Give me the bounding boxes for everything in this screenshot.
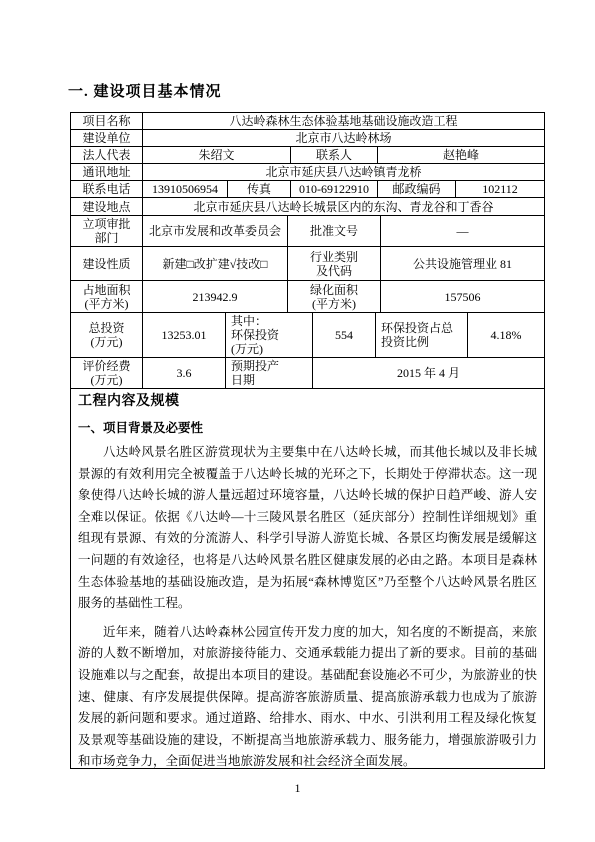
basic-info-table: 项目名称 八达岭森林生态体验基地基础设施改造工程 建设单位 北京市八达岭林场 法… bbox=[70, 112, 545, 769]
investment-value: 13253.01 bbox=[143, 313, 226, 357]
industry-value: 公共设施管理业 81 bbox=[381, 247, 544, 280]
table-row-eval-cost: 评价经费 (万元) 3.6 预期投产 日期 2015 年 4 月 bbox=[71, 358, 544, 389]
table-row-construction-unit: 建设单位 北京市八达岭林场 bbox=[71, 130, 544, 147]
construction-unit-label: 建设单位 bbox=[71, 130, 143, 146]
background-paragraph-2: 近年来，随着八达岭森林公园宣传开发力度的加大，知名度的不断提高，来旅游的人数不断… bbox=[78, 622, 537, 768]
content-section-title: 工程内容及规模 bbox=[78, 395, 537, 409]
production-date-value: 2015 年 4 月 bbox=[313, 358, 544, 388]
area-label: 占地面积 (平方米) bbox=[71, 281, 143, 312]
eval-cost-value: 3.6 bbox=[143, 358, 226, 388]
approval-doc-label: 批准文号 bbox=[288, 216, 381, 246]
table-row-approval: 立项审批 部门 北京市发展和改革委员会 批准文号 — bbox=[71, 216, 544, 247]
nature-label: 建设性质 bbox=[71, 247, 143, 280]
table-row-investment: 总投资 (万元) 13253.01 其中： 环保投资 (万元) 554 环保投资… bbox=[71, 313, 544, 358]
address-value: 北京市延庆县八达岭镇青龙桥 bbox=[143, 164, 544, 180]
approval-dept-label: 立项审批 部门 bbox=[71, 216, 143, 246]
table-row-site: 建设地点 北京市延庆县八达岭长城景区内的东沟、青龙谷和丁香谷 bbox=[71, 198, 544, 216]
approval-dept-value: 北京市发展和改革委员会 bbox=[143, 216, 288, 246]
industry-label: 行业类别 及代码 bbox=[288, 247, 381, 280]
green-area-label: 绿化面积 (平方米) bbox=[288, 281, 381, 312]
approval-doc-value: — bbox=[381, 216, 544, 246]
project-name-value: 八达岭森林生态体验基地基础设施改造工程 bbox=[143, 113, 544, 129]
production-date-label: 预期投产 日期 bbox=[226, 358, 313, 388]
table-row-content-section: 工程内容及规模 一、项目背景及必要性 八达岭风景名胜区游赏现状为主要集中在八达岭… bbox=[71, 389, 544, 768]
postcode-value: 102112 bbox=[456, 181, 544, 197]
address-label: 通讯地址 bbox=[71, 164, 143, 180]
project-name-label: 项目名称 bbox=[71, 113, 143, 129]
env-investment-label: 其中： 环保投资 (万元) bbox=[226, 313, 313, 357]
legal-rep-label: 法人代表 bbox=[71, 147, 143, 163]
contact-label: 联系人 bbox=[291, 147, 378, 163]
table-row-project-name: 项目名称 八达岭森林生态体验基地基础设施改造工程 bbox=[71, 113, 544, 130]
fax-value: 010-69122910 bbox=[291, 181, 378, 197]
site-value: 北京市延庆县八达岭长城景区内的东沟、青龙谷和丁香谷 bbox=[143, 198, 544, 215]
document-page: 一. 建设项目基本情况 项目名称 八达岭森林生态体验基地基础设施改造工程 建设单… bbox=[0, 0, 595, 842]
env-ratio-label: 环保投资占总 投资比例 bbox=[376, 313, 468, 357]
contact-value: 赵艳峰 bbox=[378, 147, 544, 163]
table-row-legal-rep: 法人代表 朱绍文 联系人 赵艳峰 bbox=[71, 147, 544, 164]
page-number: 1 bbox=[0, 781, 595, 796]
nature-value: 新建□改扩建√技改□ bbox=[143, 247, 288, 280]
env-investment-value: 554 bbox=[313, 313, 376, 357]
content-section-cell: 工程内容及规模 一、项目背景及必要性 八达岭风景名胜区游赏现状为主要集中在八达岭… bbox=[71, 389, 544, 768]
investment-label: 总投资 (万元) bbox=[71, 313, 143, 357]
table-row-phone: 联系电话 13910506954 传真 010-69122910 邮政编码 10… bbox=[71, 181, 544, 198]
env-ratio-value: 4.18% bbox=[468, 313, 544, 357]
content-subsection-title: 一、项目背景及必要性 bbox=[78, 421, 537, 435]
green-area-value: 157506 bbox=[381, 281, 544, 312]
eval-cost-label: 评价经费 (万元) bbox=[71, 358, 143, 388]
postcode-label: 邮政编码 bbox=[378, 181, 456, 197]
table-row-area: 占地面积 (平方米) 213942.9 绿化面积 (平方米) 157506 bbox=[71, 281, 544, 313]
phone-value: 13910506954 bbox=[143, 181, 228, 197]
area-value: 213942.9 bbox=[143, 281, 288, 312]
site-label: 建设地点 bbox=[71, 198, 143, 215]
phone-label: 联系电话 bbox=[71, 181, 143, 197]
background-paragraph-1: 八达岭风景名胜区游赏现状为主要集中在八达岭长城，而其他长城以及非长城景源的有效利… bbox=[78, 442, 537, 615]
table-row-nature: 建设性质 新建□改扩建√技改□ 行业类别 及代码 公共设施管理业 81 bbox=[71, 247, 544, 281]
section-heading: 一. 建设项目基本情况 bbox=[68, 80, 222, 101]
fax-label: 传真 bbox=[228, 181, 291, 197]
table-row-address: 通讯地址 北京市延庆县八达岭镇青龙桥 bbox=[71, 164, 544, 181]
construction-unit-value: 北京市八达岭林场 bbox=[143, 130, 544, 146]
legal-rep-value: 朱绍文 bbox=[143, 147, 291, 163]
